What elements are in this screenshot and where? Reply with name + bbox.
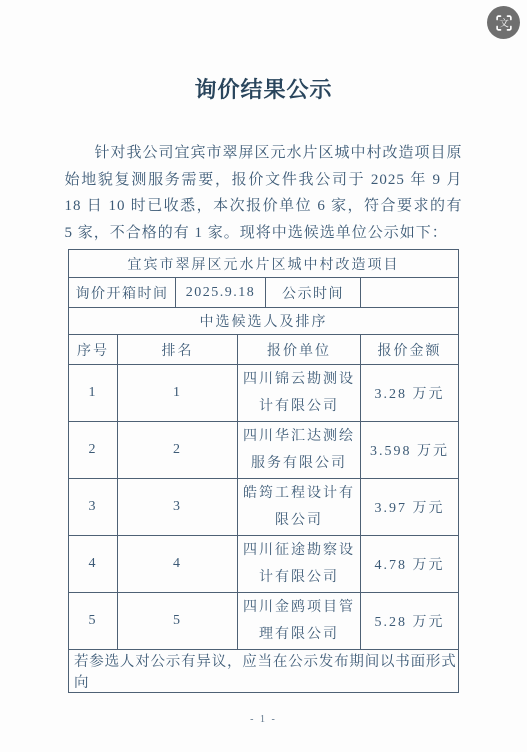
table-row: 3 3 皓筠工程设计有 限公司 3.97 万元 [69,479,459,536]
seq-cell: 1 [69,365,118,422]
table-row: 1 1 四川锦云勘测设 计有限公司 3.28 万元 [69,365,459,422]
company-cell: 四川华汇达测绘 服务有限公司 [238,422,361,479]
company-cell: 四川金鸥项目管 理有限公司 [238,593,361,650]
section-title-row: 中选候选人及排序 [69,308,459,335]
project-title-row: 宜宾市翠屏区元水片区城中村改造项目 [69,250,459,278]
header-company: 报价单位 [238,335,361,365]
svg-text:文: 文 [499,17,509,29]
table-row: 2 2 四川华汇达测绘 服务有限公司 3.598 万元 [69,422,459,479]
header-row: 序号 排名 报价单位 报价金额 [69,335,459,365]
seq-cell: 3 [69,479,118,536]
amount-cell: 3.598 万元 [361,422,459,479]
amount-cell: 4.78 万元 [361,536,459,593]
text-scan-button[interactable]: 文 [487,6,520,39]
time-row: 询价开箱时间 2025.9.18 公示时间 [69,278,459,308]
seq-cell: 4 [69,536,118,593]
table-row: 5 5 四川金鸥项目管 理有限公司 5.28 万元 [69,593,459,650]
header-amount: 报价金额 [361,335,459,365]
seq-cell: 5 [69,593,118,650]
open-time-label: 询价开箱时间 [69,278,176,308]
result-table: 宜宾市翠屏区元水片区城中村改造项目 询价开箱时间 2025.9.18 公示时间 … [68,249,459,693]
objection-note-cell: 若参选人对公示有异议，应当在公示发布期间以书面形式向 [69,650,459,693]
rank-cell: 5 [118,593,238,650]
company-cell: 皓筠工程设计有 限公司 [238,479,361,536]
header-rank: 排名 [118,335,238,365]
amount-cell: 3.28 万元 [361,365,459,422]
page-title: 询价结果公示 [0,76,527,104]
text-scan-icon: 文 [493,12,515,34]
rank-cell: 3 [118,479,238,536]
objection-note-row: 若参选人对公示有异议，应当在公示发布期间以书面形式向 [69,650,459,693]
section-title-cell: 中选候选人及排序 [69,308,459,335]
project-title-cell: 宜宾市翠屏区元水片区城中村改造项目 [69,250,459,278]
table-row: 4 4 四川征途勘察设 计有限公司 4.78 万元 [69,536,459,593]
publicity-time-label: 公示时间 [266,278,361,308]
company-cell: 四川征途勘察设 计有限公司 [238,536,361,593]
seq-cell: 2 [69,422,118,479]
intro-paragraph: 针对我公司宜宾市翠屏区元水片区城中村改造项目原始地貌复测服务需要，报价文件我公司… [65,140,463,246]
rank-cell: 1 [118,365,238,422]
rank-cell: 4 [118,536,238,593]
header-seq: 序号 [69,335,118,365]
rank-cell: 2 [118,422,238,479]
page-number: - 1 - [0,714,527,725]
amount-cell: 5.28 万元 [361,593,459,650]
publicity-time-value [361,278,459,308]
amount-cell: 3.97 万元 [361,479,459,536]
open-time-value: 2025.9.18 [176,278,266,308]
document-page: 文 询价结果公示 针对我公司宜宾市翠屏区元水片区城中村改造项目原始地貌复测服务需… [0,0,527,752]
company-cell: 四川锦云勘测设 计有限公司 [238,365,361,422]
